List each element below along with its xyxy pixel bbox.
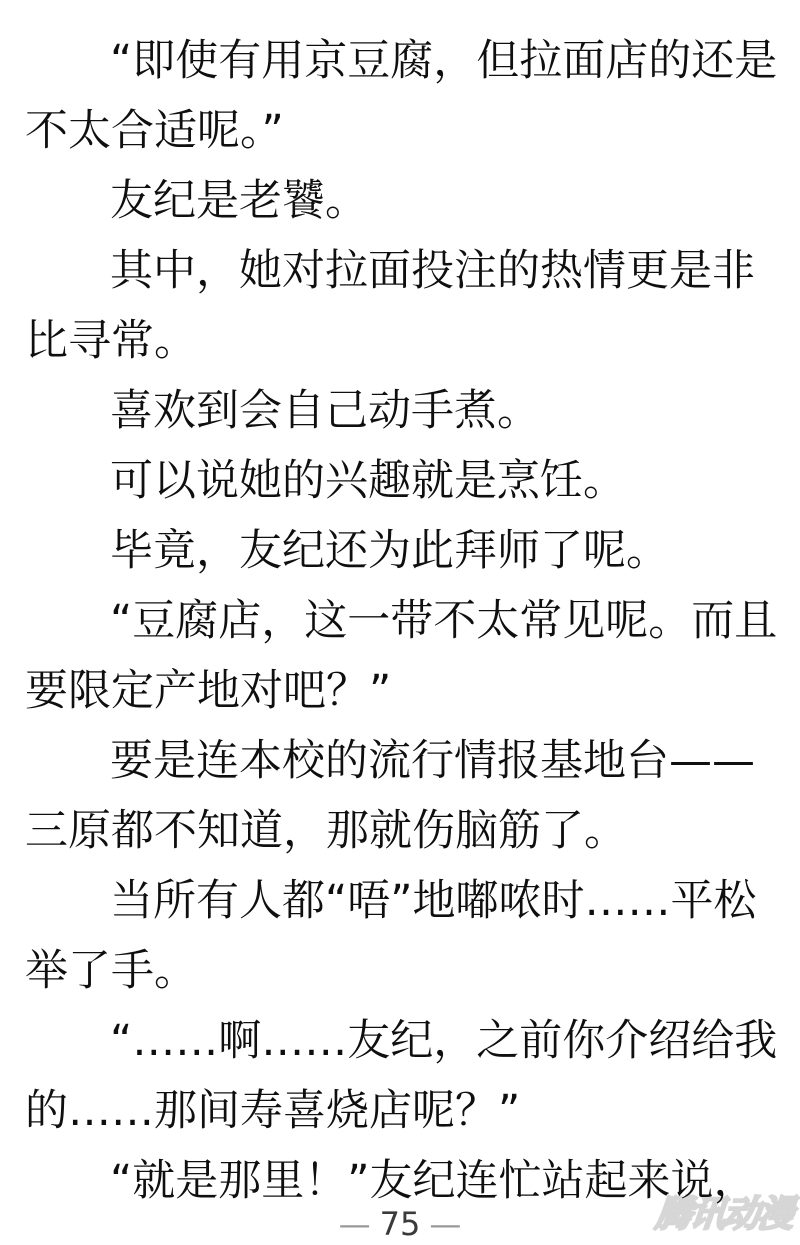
footer-dash-left: — [339,1205,371,1243]
paragraph: 喜欢到会自己动手煮。 [25,376,778,446]
paragraph: 要是连本校的流行情报基地台——三原都不知道，那就伤脑筋了。 [25,726,778,866]
paragraph: “即使有用京豆腐，但拉面店的还是不太合适呢。” [25,26,778,166]
reader-page: “即使有用京豆腐，但拉面店的还是不太合适呢。”友纪是老饕。其中，她对拉面投注的热… [0,0,800,1245]
paragraph: 可以说她的兴趣就是烹饪。 [25,446,778,516]
paragraph: 当所有人都“唔”地嘟哝时……平松举了手。 [25,866,778,1006]
paragraph: “……啊……友纪，之前你介绍给我的……那间寿喜烧店呢？” [25,1006,778,1146]
paragraph: 毕竟，友纪还为此拜师了呢。 [25,516,778,586]
paragraph: 友纪是老饕。 [25,166,778,236]
page-number: 75 [380,1205,421,1243]
story-text: “即使有用京豆腐，但拉面店的还是不太合适呢。”友纪是老饕。其中，她对拉面投注的热… [25,0,778,1216]
page-footer: —75— [0,1204,800,1244]
paragraph: “豆腐店，这一带不太常见呢。而且要限定产地对吧？” [25,586,778,726]
paragraph: 其中，她对拉面投注的热情更是非比寻常。 [25,236,778,376]
footer-dash-right: — [429,1205,461,1243]
